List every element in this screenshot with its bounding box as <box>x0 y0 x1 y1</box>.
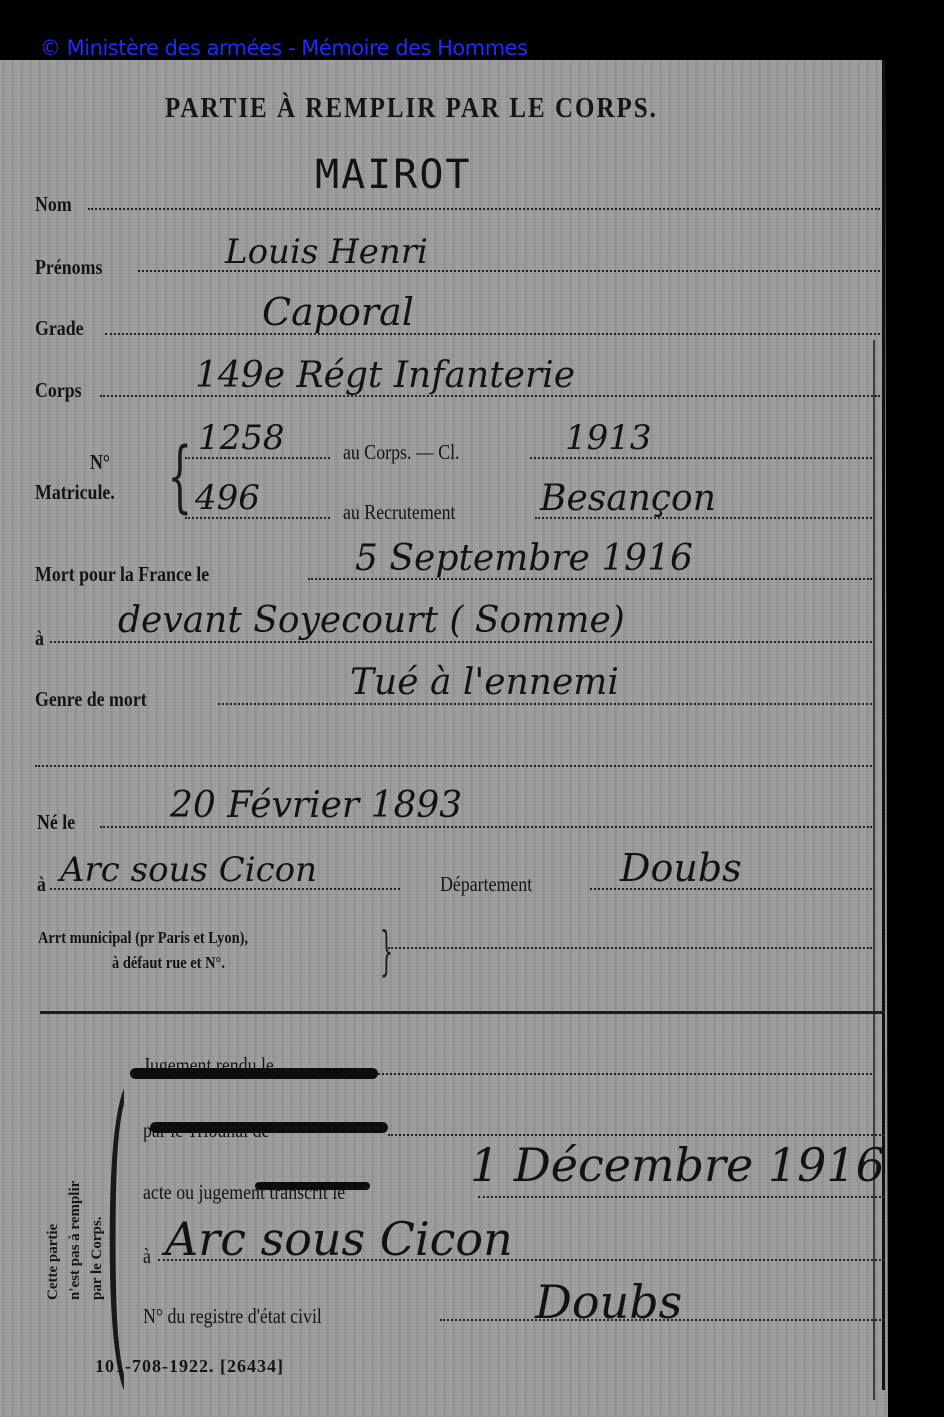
ne-le-line <box>100 826 872 828</box>
nom-label: Nom <box>35 192 72 217</box>
classe-value: 1913 <box>565 418 652 458</box>
au-corps-label: au Corps. — Cl. <box>343 440 460 465</box>
transcription-a-label: à <box>143 1244 151 1269</box>
jugement-line <box>378 1073 872 1075</box>
nom-line <box>88 208 880 210</box>
section-divider <box>40 1011 885 1014</box>
ne-le-label: Né le <box>37 810 75 835</box>
genre-mort-label: Genre de mort <box>35 687 147 712</box>
side-note-line2: n'est pas à remplir <box>64 1181 86 1300</box>
matricule-corps-value: 1258 <box>198 418 285 458</box>
grade-value: Caporal <box>262 290 414 334</box>
mort-a-label: à <box>35 626 44 651</box>
side-note: Cette partie n'est pas à remplir par le … <box>42 1181 108 1300</box>
departement-value: Doubs <box>620 846 742 890</box>
genre-mort-value: Tué à l'ennemi <box>350 662 619 703</box>
jugement-strikeout <box>130 1068 378 1079</box>
arrondissement-label-line2: à défaut rue et N°. <box>112 953 225 973</box>
right-border-rule-inner <box>873 340 875 1400</box>
tribunal-strikeout <box>150 1122 388 1133</box>
corps-value: 149e Régt Infanterie <box>195 355 575 396</box>
corps-label: Corps <box>35 378 82 403</box>
ne-a-value: Arc sous Cicon <box>60 850 317 890</box>
arrondissement-label-line1: Arrt municipal (pr Paris et Lyon), <box>38 928 248 948</box>
nom-value: MAIROT <box>315 152 472 198</box>
registre-label: N° du registre d'état civil <box>143 1304 322 1329</box>
matricule-brace: { <box>167 432 192 522</box>
form-reference-number: 101-708-1922. [26434] <box>95 1356 284 1377</box>
mort-a-value: devant Soyecourt ( Somme) <box>118 600 625 641</box>
registre-value: Doubs <box>535 1275 682 1329</box>
ne-le-value: 20 Février 1893 <box>170 785 462 826</box>
prenoms-label: Prénoms <box>35 255 102 280</box>
recrutement-place-value: Besançon <box>540 478 716 519</box>
acte-value: 1 Décembre 1916 <box>470 1138 885 1192</box>
ne-a-label: à <box>37 872 46 897</box>
genre-mort-line <box>218 703 872 705</box>
prenoms-value: Louis Henri <box>225 232 428 272</box>
matricule-label: Matricule. <box>35 480 115 505</box>
mort-le-value: 5 Septembre 1916 <box>355 538 693 579</box>
numero-label: N° <box>90 450 110 475</box>
au-recrutement-label: au Recrutement <box>343 500 456 525</box>
copyright-watermark: © Ministère des armées - Mémoire des Hom… <box>40 36 528 60</box>
transcription-brace: ( <box>105 1060 128 1390</box>
blank-line <box>35 765 872 767</box>
transcription-a-value: Arc sous Cicon <box>165 1212 513 1266</box>
tribunal-line <box>388 1134 885 1136</box>
form-title: PARTIE À REMPLIR PAR LE CORPS. <box>165 93 658 125</box>
matricule-recrutement-value: 496 <box>195 478 260 518</box>
acte-line <box>478 1196 885 1198</box>
grade-line <box>105 333 880 335</box>
acte-strikeout <box>255 1182 370 1190</box>
side-note-line1: Cette partie <box>42 1181 64 1300</box>
arrondissement-line <box>388 947 872 949</box>
grade-label: Grade <box>35 316 84 341</box>
arrondissement-brace: } <box>380 922 393 982</box>
mort-le-label: Mort pour la France le <box>35 562 209 587</box>
mort-a-line <box>50 641 872 643</box>
departement-label: Département <box>440 872 532 897</box>
